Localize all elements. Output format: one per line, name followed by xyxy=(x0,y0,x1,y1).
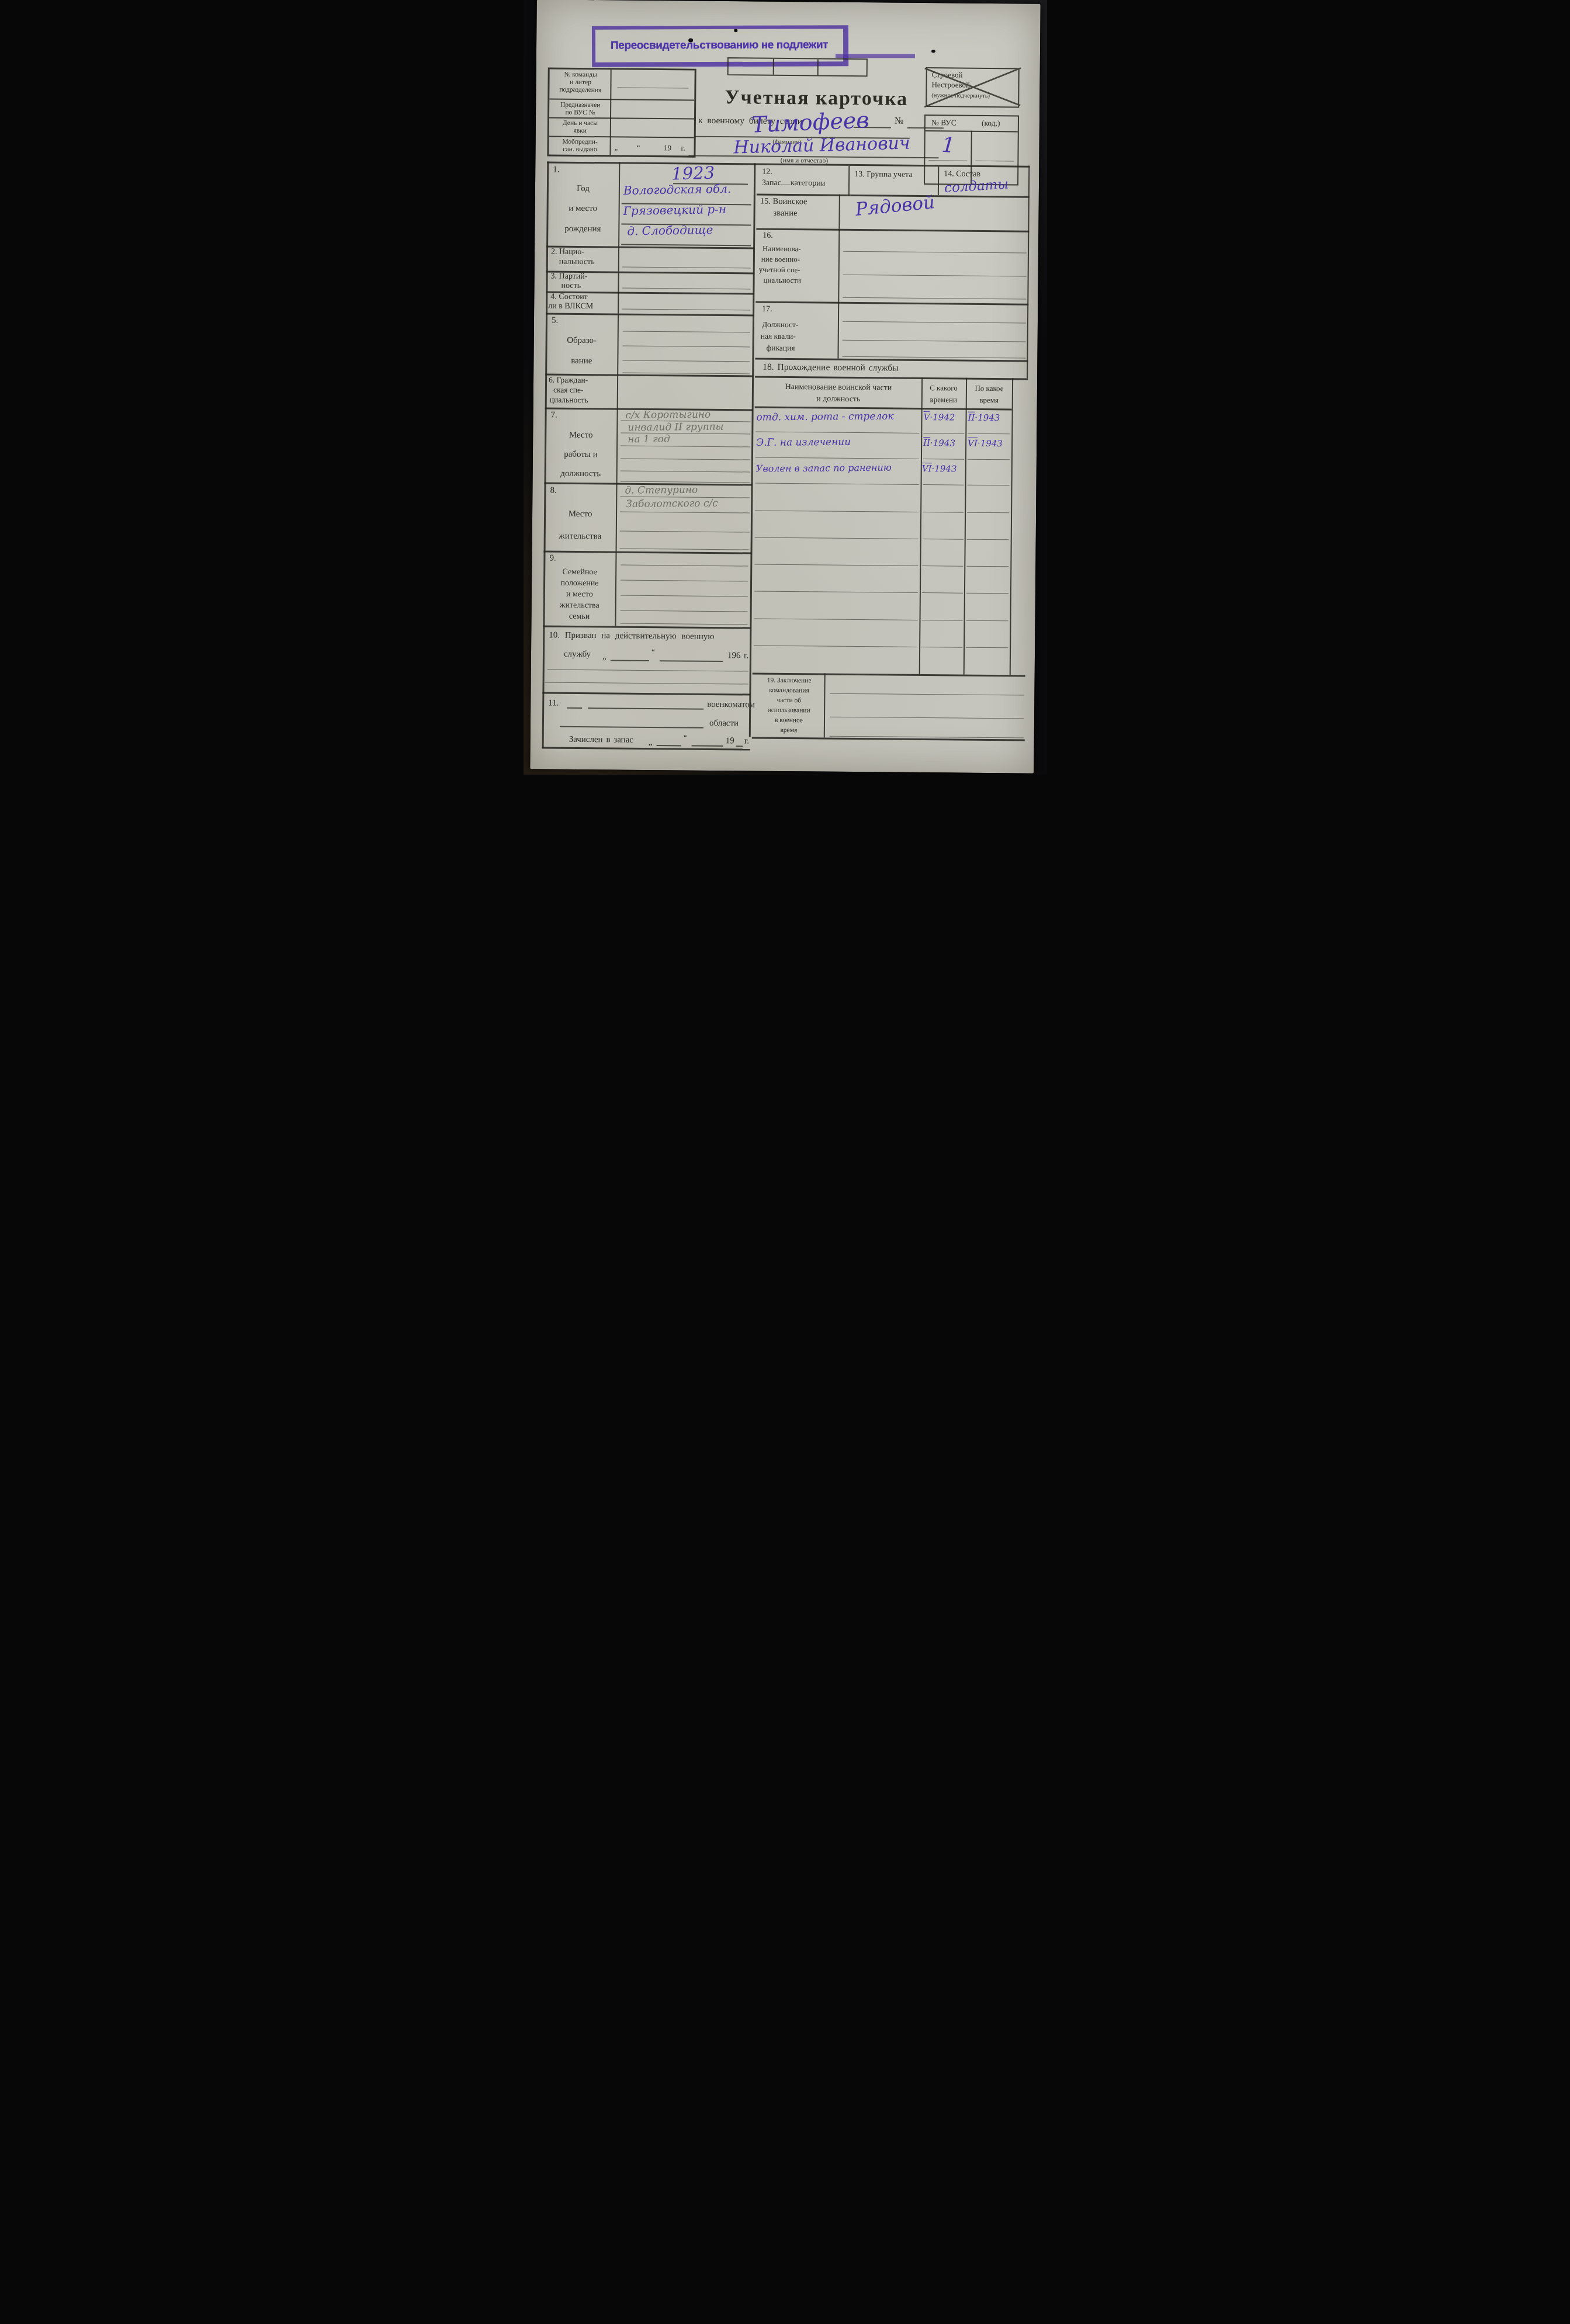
s18-row-line xyxy=(967,459,1009,460)
top-left-table: № команды и литер подразделения Предназн… xyxy=(547,67,696,157)
s18-row-line xyxy=(966,593,1008,594)
s8-line xyxy=(620,512,750,514)
s7-label: должность xyxy=(547,469,613,479)
label-line: явки xyxy=(573,127,587,134)
s8-bottom-border xyxy=(543,550,751,554)
left-bottom-border xyxy=(542,747,750,750)
s18-col3-header: По какое xyxy=(966,384,1011,393)
label-line: Мобпредпи- xyxy=(562,138,597,146)
s16-line xyxy=(843,297,1026,300)
date-separator: · xyxy=(930,438,933,448)
mob-date: „ “ 19 г. xyxy=(614,143,691,152)
s2-label: нальность xyxy=(559,258,594,267)
s8-line xyxy=(619,549,749,550)
s18-row-line xyxy=(754,591,917,593)
s18-row-line xyxy=(923,484,964,485)
s10-word: службу xyxy=(563,650,590,660)
s11-line xyxy=(588,707,703,710)
s16-label: Наименова- xyxy=(762,245,800,254)
roman-month: II xyxy=(968,412,975,423)
work-term-handwriting: на 1 год xyxy=(628,433,670,446)
s5-number: 5. xyxy=(551,316,557,326)
photo-background: Переосвидетельствованию не подлежит Учет… xyxy=(524,0,1047,775)
year: 1943 xyxy=(978,412,1000,423)
registration-card: Переосвидетельствованию не подлежит Учет… xyxy=(530,0,1040,773)
strip-divider xyxy=(817,59,818,75)
s19-label: части об xyxy=(755,697,823,705)
s4-label: 4. Состоит xyxy=(550,292,588,301)
date-separator: · xyxy=(931,463,934,474)
s1-divider xyxy=(618,162,620,247)
s18-row-line xyxy=(755,483,919,485)
s11-reserve-text: Зачислен в запас xyxy=(569,735,633,745)
service-row-unit: Уволен в запас по ранению xyxy=(755,462,891,474)
s18-row-line xyxy=(754,564,918,566)
s18-row-line xyxy=(921,620,962,621)
s18-row-line xyxy=(966,620,1008,622)
s5-line xyxy=(622,360,750,362)
s16-line xyxy=(843,251,1027,254)
s9-label: положение xyxy=(545,578,613,588)
s9-line xyxy=(620,623,747,625)
s3-label: ность xyxy=(561,282,581,291)
vus-code-label: (код.) xyxy=(981,119,1000,127)
s18-row-line xyxy=(922,539,963,540)
s11-number: 11. xyxy=(548,698,559,708)
label-line: по ВУС № xyxy=(565,109,595,116)
quote: „ xyxy=(648,738,652,748)
s7-label: работы и xyxy=(547,449,613,460)
s18-row-line xyxy=(922,566,963,567)
s7-line xyxy=(620,459,750,460)
s18-row-line xyxy=(966,566,1008,567)
roman-month: V xyxy=(923,412,930,422)
service-row-to: VI·1943 xyxy=(968,438,1003,449)
s5-label: вание xyxy=(549,356,614,366)
quote: „ xyxy=(614,143,618,151)
date-separator: · xyxy=(977,438,980,449)
s18-row-line xyxy=(755,432,919,433)
label-line: и литер xyxy=(570,79,591,86)
s2-line xyxy=(622,267,750,269)
paper-hole xyxy=(931,50,935,53)
stamp-smear xyxy=(835,54,914,58)
quote: „ xyxy=(602,652,606,662)
year: 1943 xyxy=(934,463,956,474)
s11-line xyxy=(691,745,723,747)
s2-label: 2. Нацио- xyxy=(550,247,584,256)
s7-line xyxy=(621,446,750,448)
year: 19 xyxy=(664,143,671,152)
s9-bottom-border xyxy=(543,625,751,629)
s7-line xyxy=(620,471,750,473)
s9-divider xyxy=(615,551,616,626)
right-outer-border xyxy=(1027,166,1030,379)
s18-col-divider xyxy=(919,377,922,674)
service-row-to: II·1943 xyxy=(968,412,1000,423)
s1-label: и место xyxy=(550,203,615,214)
s18-row-line xyxy=(968,433,1010,435)
s12-number: 12. xyxy=(762,168,772,177)
s19-divider xyxy=(823,674,825,738)
s18-col3-header: время xyxy=(966,396,1011,405)
s18-row-line xyxy=(921,647,962,648)
center-gutter-border xyxy=(748,164,755,737)
s4-label: ли в ВЛКСМ xyxy=(548,301,593,311)
date-separator: · xyxy=(930,412,933,422)
s12-label-a: Запас xyxy=(761,179,781,188)
s8-label: жительства xyxy=(547,531,612,542)
quote: “ xyxy=(683,734,687,743)
date-separator: · xyxy=(975,412,978,423)
s18-row-line xyxy=(923,459,964,460)
service-row-unit: отд. хим. рота - стрелок xyxy=(756,411,893,424)
s17-label: Должност- xyxy=(761,320,798,329)
work-place-handwriting: с/х Коротыгино xyxy=(625,409,711,421)
row-divider xyxy=(549,98,694,100)
s10-line xyxy=(659,660,722,662)
s9-label: семьи xyxy=(545,612,613,622)
service-row-from: II·1943 xyxy=(923,438,955,448)
row-label: Мобпредпи- сан. выдано xyxy=(551,138,608,154)
s18-col-divider xyxy=(963,378,966,675)
s8-label: Место xyxy=(547,509,613,519)
s5-label: Образо- xyxy=(549,335,614,346)
s18-right-border xyxy=(1009,378,1013,675)
s10-line xyxy=(610,660,649,661)
s17-line xyxy=(842,340,1025,342)
s11-line xyxy=(559,726,703,729)
quote: “ xyxy=(651,648,654,657)
s18-row-line xyxy=(754,537,918,539)
value-line xyxy=(617,87,688,88)
s18-title: 18. Прохождение военной службы xyxy=(763,362,899,373)
s9-label: и место xyxy=(545,589,613,599)
s18-row-line xyxy=(966,647,1008,648)
stamp-text: Переосвидетельствованию не подлежит xyxy=(611,39,828,52)
s12-s13-divider xyxy=(848,166,849,195)
vus-value-handwriting: 1 xyxy=(941,133,956,158)
s10-bottom-border xyxy=(542,692,750,695)
s18-row-line xyxy=(966,539,1008,540)
s19-label: использовании xyxy=(755,707,823,715)
s17-label: ная квали- xyxy=(760,332,795,341)
year: 1943 xyxy=(980,438,1002,449)
row-label: № команды и литер подразделения xyxy=(552,71,609,93)
s2-divider xyxy=(618,246,619,271)
s18-row-line xyxy=(923,433,964,434)
s5-line xyxy=(622,346,750,348)
s18-row-line xyxy=(755,457,919,459)
composition-handwriting: солдаты xyxy=(944,177,1009,196)
s11-voenkomat: военкоматом xyxy=(707,700,755,710)
s11-line xyxy=(567,707,582,709)
s18-row-line xyxy=(754,646,917,647)
s10-text: 10. Призван на действительную военную xyxy=(549,630,745,642)
s13-s14-divider xyxy=(937,167,938,195)
row-label: День и часы явки xyxy=(551,119,608,135)
s9-line xyxy=(621,565,748,567)
s15-label: звание xyxy=(773,209,797,218)
birth-village-handwriting: д. Слободище xyxy=(627,223,713,238)
s9-line xyxy=(620,595,747,597)
s6-divider xyxy=(616,374,618,408)
roman-month: VI xyxy=(968,438,978,449)
service-category-box: Строевой Нестроевой (нужное подчеркнуть) xyxy=(926,67,1020,107)
s10-year-suffix: г. xyxy=(743,651,748,661)
strip-divider xyxy=(772,59,774,75)
label-line: № команды xyxy=(564,71,597,78)
s7-number: 7. xyxy=(550,410,557,420)
residence-selsovet-handwriting: Заболотского с/с xyxy=(626,498,718,510)
s18-row-line xyxy=(923,512,964,513)
s19-line xyxy=(830,693,1024,696)
s16-number: 16. xyxy=(763,231,773,241)
year-suffix: г. xyxy=(681,143,685,152)
s17-bottom-border xyxy=(755,358,1028,362)
s15-label: 15. Воинское xyxy=(760,197,807,207)
s8-number: 8. xyxy=(550,485,556,495)
s18-row-line xyxy=(921,592,962,594)
s9-label: жительства xyxy=(545,601,613,611)
s11-line xyxy=(656,745,681,746)
s8-divider xyxy=(615,483,617,551)
s3-line xyxy=(622,288,750,290)
quote: “ xyxy=(636,143,640,152)
s4-line xyxy=(622,309,750,311)
label-line: сан. выдано xyxy=(563,146,597,154)
vus-label: № ВУС xyxy=(931,118,956,127)
s18-col1-header: и должность xyxy=(757,394,919,405)
series-strip xyxy=(727,57,867,77)
s19-line xyxy=(830,717,1024,719)
s16-label: ние военно- xyxy=(761,255,799,264)
s10-line xyxy=(545,682,748,684)
s6-label: 6. Граждан- xyxy=(549,375,588,384)
s1-number: 1. xyxy=(553,165,559,175)
s17-line xyxy=(842,321,1025,324)
s19-label: в военное xyxy=(754,717,822,725)
s9-line xyxy=(620,611,747,612)
s17-divider xyxy=(837,302,839,359)
s11-oblast: области xyxy=(709,719,738,729)
vus-cell-line xyxy=(975,161,1014,162)
s15-bottom-border xyxy=(756,228,1029,233)
s19-label: время xyxy=(754,727,822,735)
s6-label: ская спе- xyxy=(553,386,583,395)
s11-line xyxy=(736,745,743,747)
s1-label: рождения xyxy=(550,224,615,234)
s19-label: командования xyxy=(755,687,823,695)
s5-line xyxy=(622,331,750,333)
roman-month: II xyxy=(923,438,930,448)
s11-year: 19 xyxy=(725,736,734,746)
s5-divider xyxy=(617,313,619,374)
s18-row-line xyxy=(967,485,1009,486)
s17-number: 17. xyxy=(762,305,772,314)
service-row-from: V·1942 xyxy=(923,412,955,422)
s4-bottom-border xyxy=(546,313,754,316)
s18-row-line xyxy=(967,512,1009,514)
work-status-handwriting: инвалид II группы xyxy=(628,421,723,433)
s16-divider xyxy=(838,229,840,302)
s18-row-line xyxy=(754,619,917,620)
year: 1942 xyxy=(933,412,955,422)
cross-out-mark xyxy=(923,66,1022,109)
birth-district-handwriting: Грязовецкий р-н xyxy=(623,202,726,218)
s18-col2-header: С какого xyxy=(922,384,964,393)
s11-year-suffix: г. xyxy=(744,736,748,746)
s18-row-line xyxy=(755,511,919,512)
label-line: подразделения xyxy=(559,86,601,93)
s16-line xyxy=(843,275,1026,277)
s9-line xyxy=(621,580,748,582)
s17-line xyxy=(842,356,1025,359)
s6-label: циальность xyxy=(549,395,588,404)
s4-divider xyxy=(618,292,619,313)
s10-line xyxy=(547,669,748,671)
s16-label: учетной спе- xyxy=(758,266,800,275)
residence-village-handwriting: д. Степурино xyxy=(625,484,698,497)
s7-label: Место xyxy=(548,430,614,440)
s16-bottom-border xyxy=(755,301,1028,306)
service-row-unit: Э.Г. на излечении xyxy=(756,436,851,449)
service-row-from: VI·1943 xyxy=(921,463,956,474)
s13-label: 13. Группа учета xyxy=(854,170,935,180)
s3-label: 3. Партий- xyxy=(550,272,587,281)
s16-label: циальности xyxy=(763,276,801,285)
row-label: Предназначен по ВУС № xyxy=(550,101,610,117)
s7-divider xyxy=(616,408,618,483)
vus-cell-line xyxy=(928,160,967,161)
s9-label: Семейное xyxy=(546,567,614,577)
label-line: Предназначен xyxy=(560,102,600,109)
s1-label: Год xyxy=(550,183,615,194)
s9-number: 9. xyxy=(549,553,556,563)
s19-label: 19. Заключение xyxy=(755,677,823,685)
birth-region-handwriting: Вологодская обл. xyxy=(623,182,731,197)
s8-line xyxy=(619,531,749,533)
s18-header-row-border xyxy=(754,407,1011,410)
label-line: День и часы xyxy=(562,120,597,127)
s18-col1-header: Наименование воинской части xyxy=(757,383,919,393)
s3-divider xyxy=(618,271,619,292)
year: 1943 xyxy=(933,438,955,448)
s12-label-b: категории xyxy=(790,179,824,188)
roman-month: VI xyxy=(921,463,931,474)
s14-label: 14. Состав xyxy=(944,169,980,179)
s15-divider xyxy=(838,195,840,229)
birth-year-handwriting: 1923 xyxy=(657,162,728,184)
s10-year: 196 xyxy=(727,651,740,661)
s18-col2-header: времени xyxy=(922,396,964,404)
s18-header-border xyxy=(755,376,1028,380)
s18-bottom-border xyxy=(752,673,1025,677)
s12-label: Запаскатегории xyxy=(761,179,824,189)
s17-label: фикация xyxy=(766,344,795,353)
